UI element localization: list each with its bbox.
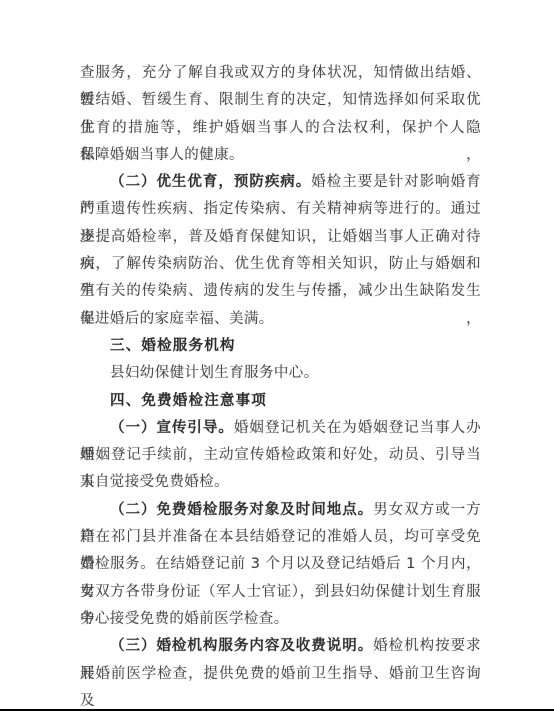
line-body-text: 展婚前医学检查，提供免费的婚前卫生指导、婚前卫生咨询及: [80, 666, 481, 709]
text-column: 查服务，充分了解自我或双方的身体状况，知情做出结婚、暂缓结婚、暂缓生育、限制生育…: [80, 60, 481, 688]
line-lead-bold: （三）婚检机构服务内容及收费说明。: [110, 638, 373, 654]
text-line: 查服务，充分了解自我或双方的身体状况，知情做出结婚、暂: [80, 60, 481, 87]
text-line: （二）免费婚检服务对象及时间地点。男女双方或一方户: [80, 497, 481, 524]
text-line: （二）优生优育，预防疾病。婚检主要是针对影响婚育的: [80, 169, 481, 196]
text-line: （三）婚检机构服务内容及收费说明。婚检机构按要求开: [80, 633, 481, 660]
page-break-divider: [0, 709, 554, 711]
line-lead-bold: （一）宣传引导。: [110, 420, 234, 436]
line-body-text: 促进婚后的家庭幸福、美满。: [80, 311, 274, 327]
line-body-text: 中心接受免费的婚前医学检查。: [80, 611, 289, 627]
text-line: 病，了解传染病防治、优生优育等相关知识，防止与婚姻和生: [80, 251, 481, 278]
text-line: 县妇幼保健计划生育服务中心。: [80, 360, 481, 387]
text-line: 严重遗传性疾病、指定传染病、有关精神病等进行的。通过逐: [80, 196, 481, 223]
text-line: 人自觉接受免费婚检。: [80, 469, 481, 496]
text-line: 步提高婚检率，普及婚育保健知识，让婚姻当事人正确对待疾: [80, 224, 481, 251]
document-page: 查服务，充分了解自我或双方的身体状况，知情做出结婚、暂缓结婚、暂缓生育、限制生育…: [0, 0, 554, 717]
line-lead-bold: （二）优生优育，预防疾病。: [110, 174, 311, 190]
line-body-text: 县妇幼保健计划生育服务中心。: [110, 365, 319, 381]
text-line: 殖有关的传染病、遗传病的发生与传播，减少出生缺陷发生率，: [80, 278, 481, 305]
line-body-text: 保障婚姻当事人的健康。: [80, 147, 244, 163]
line-lead-bold: （二）免费婚检服务对象及时间地点。: [110, 502, 373, 518]
text-line: 四、免费婚检注意事项: [80, 388, 481, 415]
text-line: 优育的措施等，维护婚姻当事人的合法权利，保护个人隐私，: [80, 115, 481, 142]
text-line: 三、婚检服务机构: [80, 333, 481, 360]
text-line: 缓结婚、暂缓生育、限制生育的决定，知情选择如何采取优生: [80, 87, 481, 114]
text-line: 婚检服务。在结婚登记前 3 个月以及登记结婚后 1 个月内，男: [80, 551, 481, 578]
text-line: 女双方各带身份证（军人士官证），到县妇幼保健计划生育服务: [80, 579, 481, 606]
line-body-text: 人自觉接受免费婚检。: [80, 474, 229, 490]
line-lead-bold: 三、婚检服务机构: [110, 338, 236, 354]
text-line: 籍在祁门县并准备在本县结婚登记的准婚人员，均可享受免费: [80, 524, 481, 551]
text-line: （一）宣传引导。婚姻登记机关在为婚姻登记当事人办理: [80, 415, 481, 442]
text-line: 婚姻登记手续前，主动宣传婚检政策和好处，动员、引导当事: [80, 442, 481, 469]
text-line: 中心接受免费的婚前医学检查。: [80, 606, 481, 633]
text-line: 展婚前医学检查，提供免费的婚前卫生指导、婚前卫生咨询及: [80, 661, 481, 688]
line-lead-bold: 四、免费婚检注意事项: [110, 393, 267, 409]
